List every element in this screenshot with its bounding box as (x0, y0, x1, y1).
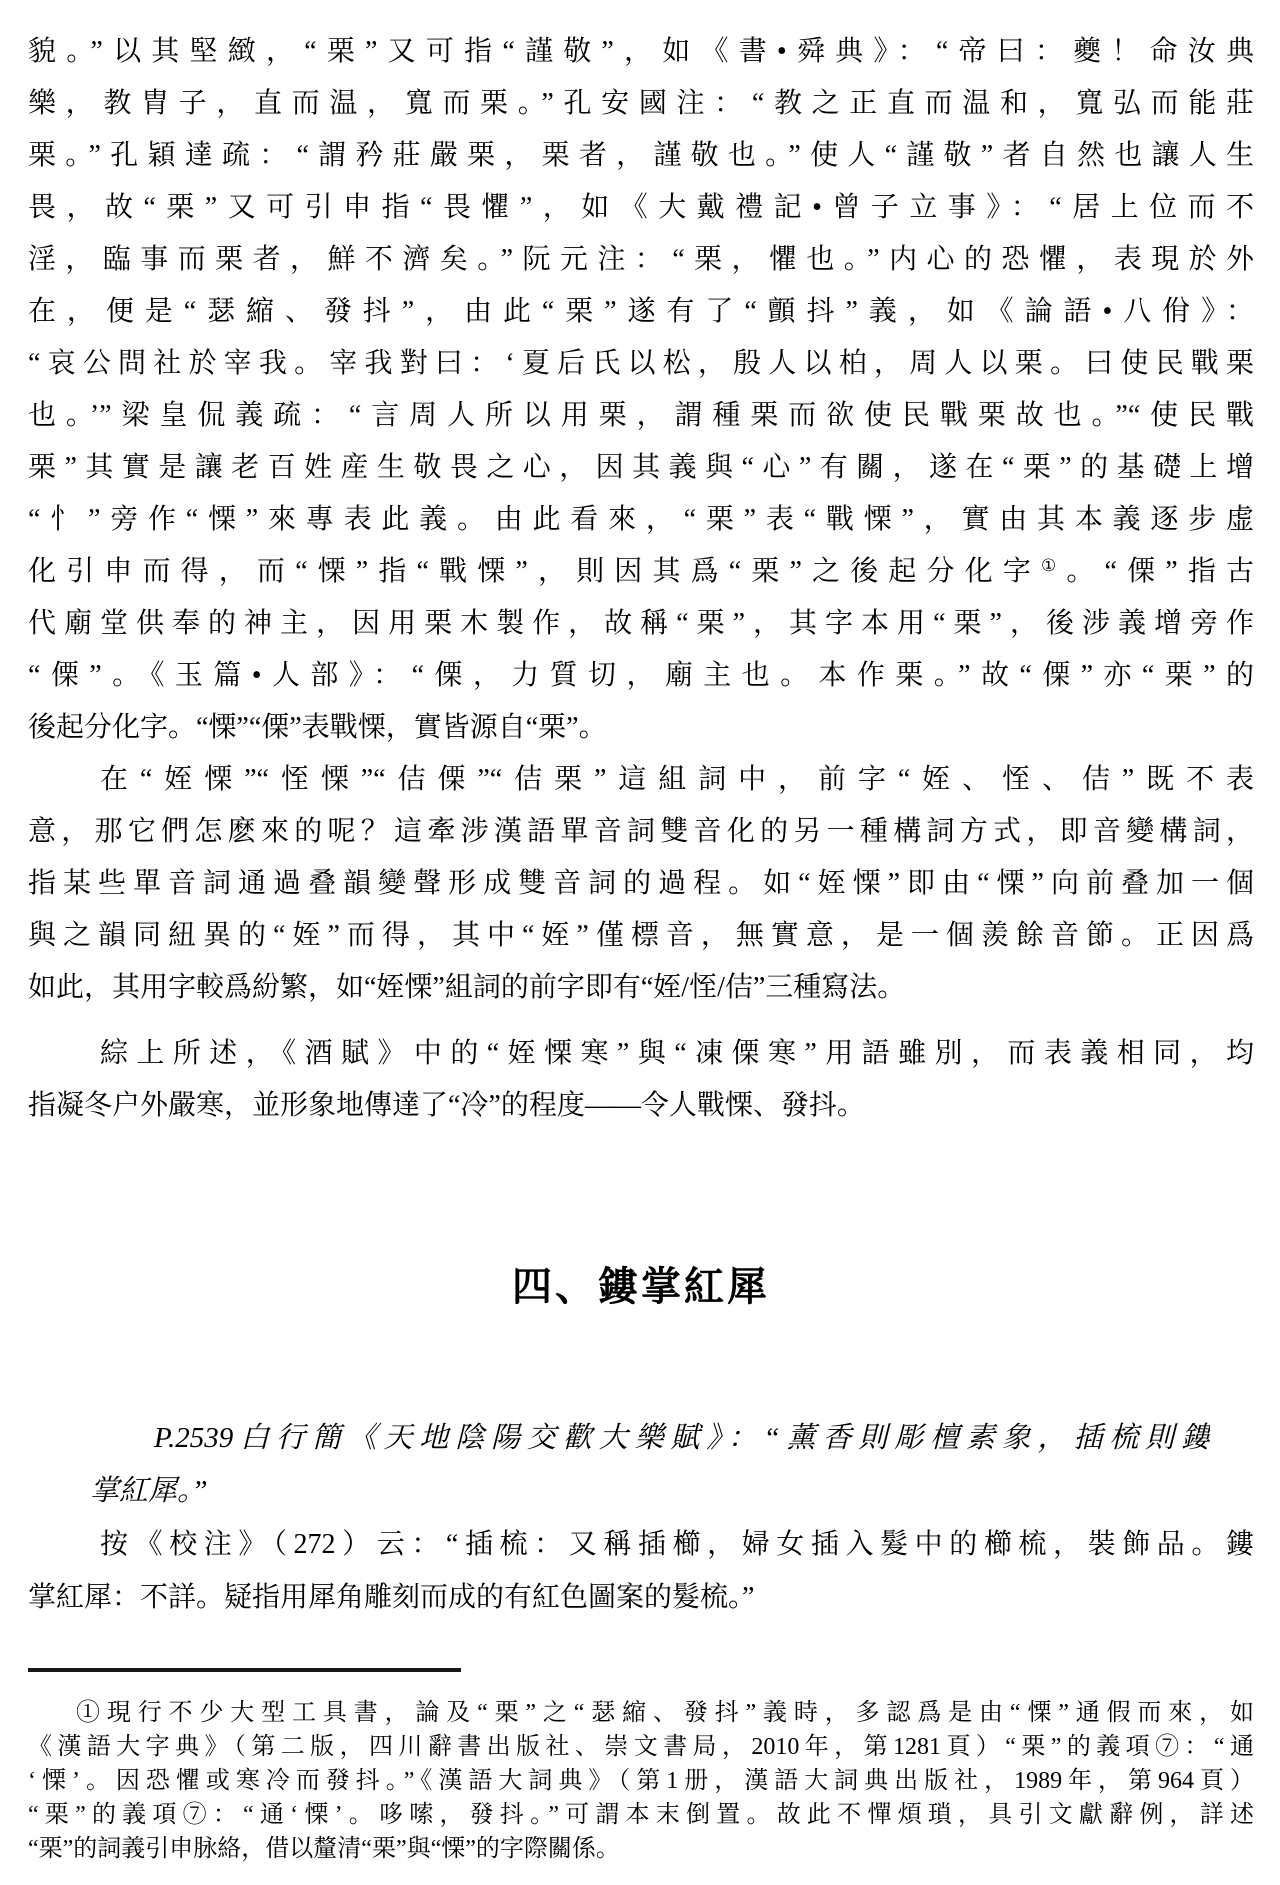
footnote-separator-rule (28, 1668, 461, 1672)
text-line: 意，那它們怎麽來的呢？這牽涉漢語單音詞雙音化的另一種構詞方式，即音變構詞， (28, 806, 1254, 858)
text-line: 淫，臨事而栗者，鮮不濟矣。”阮元注：“栗，懼也。”内心的恐懼，表現於外 (28, 234, 1254, 286)
footnote-line: 《漢語大字典》（第二版，四川辭書出版社、崇文書局，2010年，第1281頁）“栗… (28, 1730, 1254, 1764)
page-content: 貌。”以其堅緻，“栗”又可指“謹敬”，如《書•舜典》：“帝曰：夔！命汝典 樂，教… (0, 0, 1280, 1866)
footnote-line: ‘慄’。因恐懼或寒冷而發抖。”《漢語大詞典》（第1册，漢語大詞典出版社，1989… (28, 1764, 1254, 1798)
text-line: 畏，故“栗”又可引申指“畏懼”，如《大戴禮記•曾子立事》：“居上位而不 (28, 182, 1254, 234)
quote-line: P.2539白行簡《天地陰陽交歡大樂賦》：“薰香則彫檀素象，插梳則鏤 (90, 1412, 1210, 1465)
footnote-ref-1: ① (1041, 556, 1066, 575)
annotation-paragraph: 按《校注》（272）云：“插梳：又稱插櫛，婦女插入髮中的櫛梳，裝飾品。鏤 掌紅犀… (28, 1518, 1254, 1624)
text-line: 與之韻同紐異的“姪”而得，其中“姪”僅標音，無實意，是一個羨餘音節。正因爲 (28, 910, 1254, 962)
text-line: 栗”其實是讓老百姓産生敬畏之心，因其義與“心”有關，遂在“栗”的基礎上增 (28, 442, 1254, 494)
text-line: 後起分化字。“慄”“傈”表戰慄，實皆源自“栗”。 (28, 702, 1254, 754)
text-line: 指凝冬户外嚴寒，並形象地傳達了“冷”的程度——令人戰慄、發抖。 (28, 1080, 1254, 1132)
body-paragraph-2: 在“姪慄”“恎慄”“佶傈”“佶栗”這組詞中，前字“姪、恎、佶”既不表 意，那它們… (28, 754, 1254, 1014)
text-line: “傈”。《玉篇•人部》：“傈，力質切，廟主也。本作栗。”故“傈”亦“栗”的 (28, 650, 1254, 702)
body-paragraph-1: 貌。”以其堅緻，“栗”又可指“謹敬”，如《書•舜典》：“帝曰：夔！命汝典 樂，教… (28, 26, 1254, 754)
quote-block: P.2539白行簡《天地陰陽交歡大樂賦》：“薰香則彫檀素象，插梳則鏤 掌紅犀。” (90, 1412, 1210, 1518)
footnote-line: “栗”的詞義引申脉絡，借以釐清“栗”與“慄”的字際關係。 (28, 1832, 1254, 1866)
text-line: 也。’”梁皇侃義疏：“言周人所以用栗，謂種栗而欲使民戰栗故也。”“使民戰 (28, 390, 1254, 442)
document-page: 貌。”以其堅緻，“栗”又可指“謹敬”，如《書•舜典》：“帝曰：夔！命汝典 樂，教… (0, 0, 1280, 1885)
text-line: 按《校注》（272）云：“插梳：又稱插櫛，婦女插入髮中的櫛梳，裝飾品。鏤 (28, 1518, 1254, 1571)
body-paragraph-3: 綜上所述，《酒賦》中的“姪慄寒”與“凍傈寒”用語雖別，而表義相同，均 指凝冬户外… (28, 1028, 1254, 1132)
text-line: 如此，其用字較爲紛繁，如“姪慄”組詞的前字即有“姪/恎/佶”三種寫法。 (28, 962, 1254, 1014)
text-line: 化引申而得，而“慄”指“戰慄”，則因其爲“栗”之後起分化字①。“傈”指古 (28, 546, 1254, 598)
text-line: 貌。”以其堅緻，“栗”又可指“謹敬”，如《書•舜典》：“帝曰：夔！命汝典 (28, 26, 1254, 78)
section-heading: 四、鏤掌紅犀 (28, 1262, 1254, 1312)
footnote-line: ①現行不少大型工具書，論及“栗”之“瑟縮、發抖”義時，多認爲是由“慄”通假而來，… (28, 1696, 1254, 1730)
text-line: “哀公問社於宰我。宰我對曰：‘夏后氏以松，殷人以柏，周人以栗。曰使民戰栗 (28, 338, 1254, 390)
text-segment: 。“傈”指古 (1066, 556, 1254, 587)
text-line: 在，便是“瑟縮、發抖”，由此“栗”遂有了“顫抖”義，如《論語•八佾》： (28, 286, 1254, 338)
text-line: 綜上所述，《酒賦》中的“姪慄寒”與“凍傈寒”用語雖別，而表義相同，均 (28, 1028, 1254, 1080)
text-line: 掌紅犀：不詳。疑指用犀角雕刻而成的有紅色圖案的髮梳。” (28, 1571, 1254, 1624)
text-line: 樂，教胄子，直而温，寬而栗。”孔安國注：“教之正直而温和，寬弘而能莊 (28, 78, 1254, 130)
text-line: 在“姪慄”“恎慄”“佶傈”“佶栗”這組詞中，前字“姪、恎、佶”既不表 (28, 754, 1254, 806)
text-line: “忄”旁作“慄”來專表此義。由此看來，“栗”表“戰慄”，實由其本義逐步虚 (28, 494, 1254, 546)
footnote-block: ①現行不少大型工具書，論及“栗”之“瑟縮、發抖”義時，多認爲是由“慄”通假而來，… (28, 1696, 1254, 1866)
text-line: 指某些單音詞通過叠韻變聲形成雙音詞的過程。如“姪慄”即由“慄”向前叠加一個 (28, 858, 1254, 910)
text-line: 栗。”孔穎達疏：“謂矜莊嚴栗，栗者，謹敬也。”使人“謹敬”者自然也讓人生 (28, 130, 1254, 182)
quote-line: 掌紅犀。” (90, 1465, 1210, 1518)
text-segment: 化引申而得，而“慄”指“戰慄”，則因其爲“栗”之後起分化字 (28, 556, 1041, 587)
text-line: 代廟堂供奉的神主，因用栗木製作，故稱“栗”，其字本用“栗”，後涉義增旁作 (28, 598, 1254, 650)
footnote-line: “栗”的義項⑦：“通‘慄’。哆嗦，發抖。”可謂本末倒置。故此不憚煩瑣，具引文獻辭… (28, 1798, 1254, 1832)
